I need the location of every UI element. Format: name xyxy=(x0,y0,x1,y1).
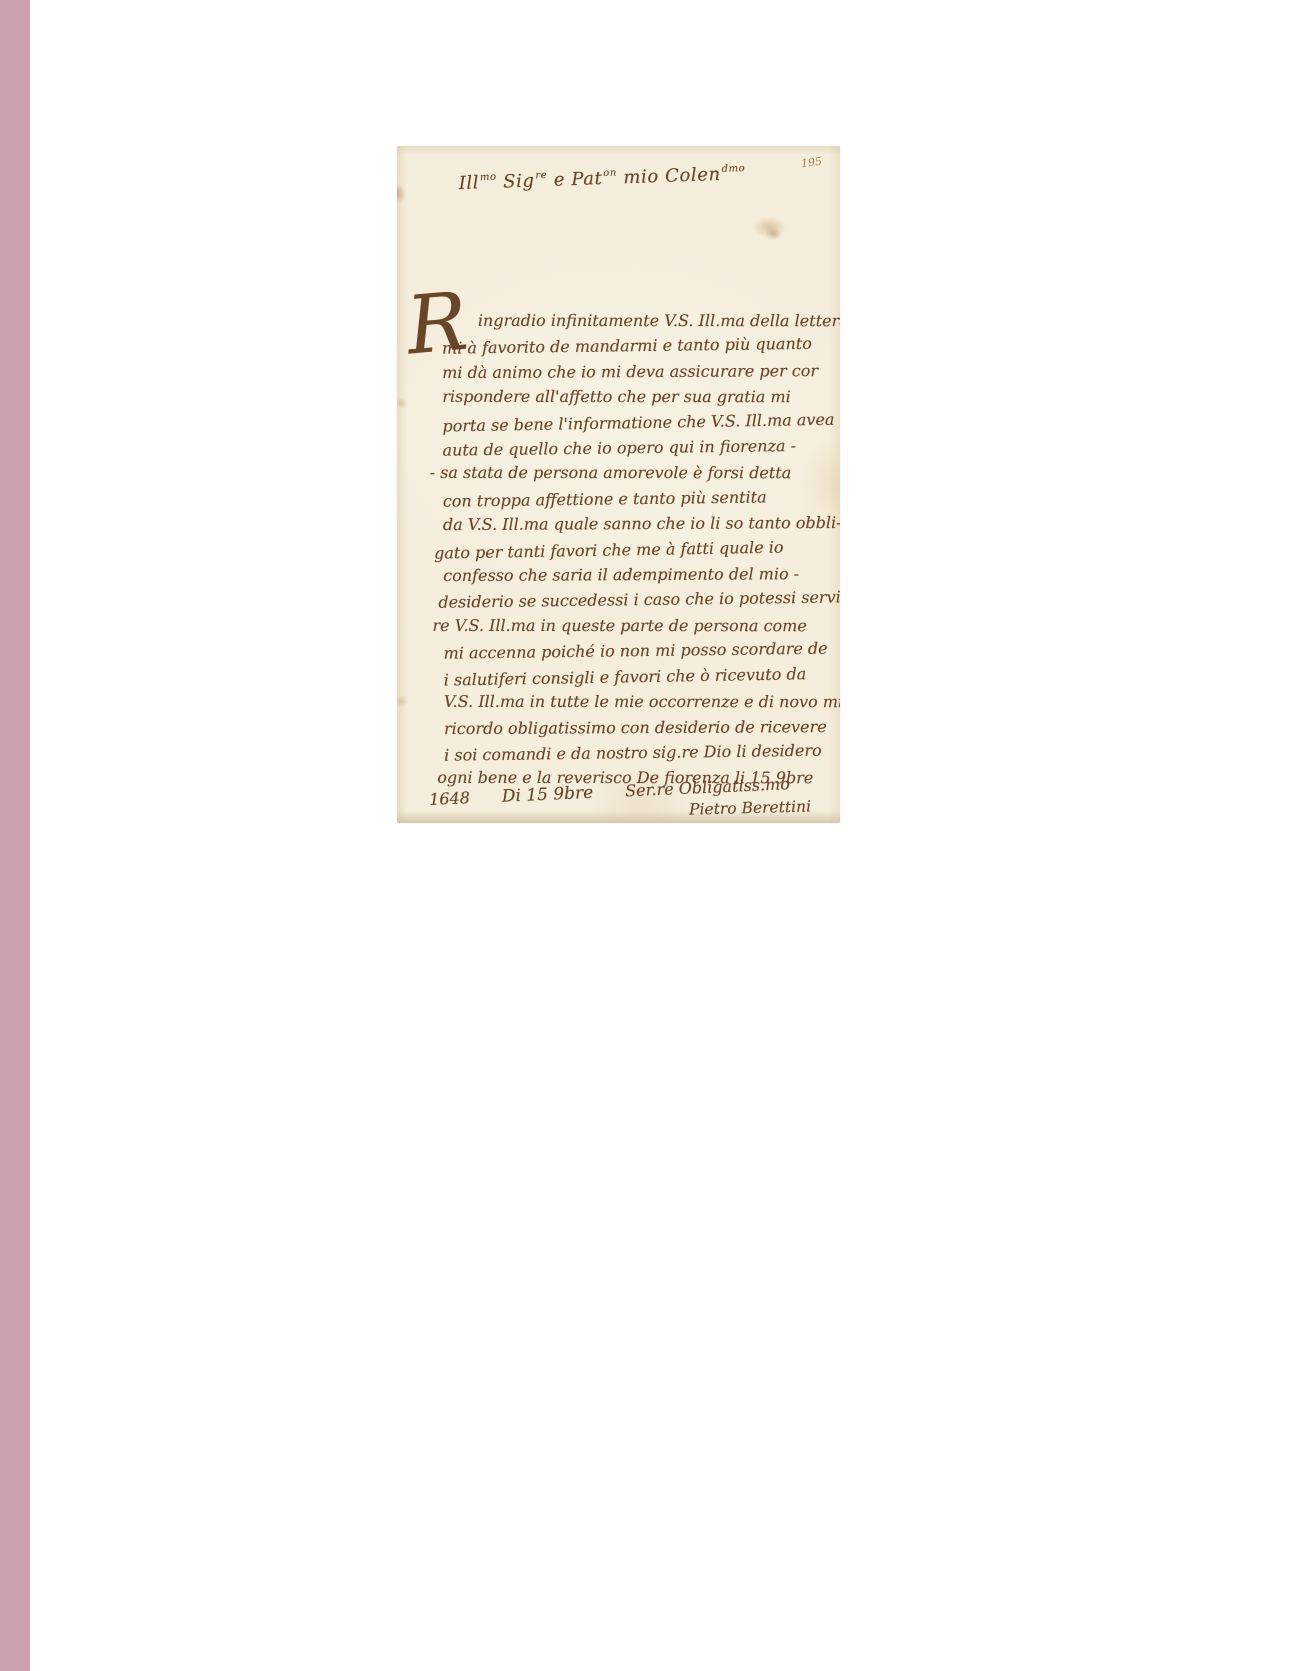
body-line: rispondere all'affetto che per sua grati… xyxy=(442,384,840,410)
heading-part: Illmo xyxy=(458,172,497,194)
heading-part: e Paton xyxy=(553,167,617,190)
body-line: ricordo obligatissimo con desiderio de r… xyxy=(444,713,840,741)
body-line: V.S. Ill.ma in tutte le mie occorrenze e… xyxy=(444,689,840,715)
signature: Pietro Berettini xyxy=(689,797,811,818)
body-line: mi à favorito de mandarmi e tanto più qu… xyxy=(442,331,840,362)
body-line: i soi comandi e da nostro sig.re Dio li … xyxy=(444,737,840,768)
heading-part: Sigre xyxy=(503,170,548,193)
body-line: - sa stata de persona amorevole è forsi … xyxy=(430,460,840,486)
heading-part: mio Colendmo xyxy=(623,163,746,188)
body-line: con troppa affettione e tanto più sentit… xyxy=(443,483,840,514)
page-background: 195 Illmo Sigre e Paton mio Colendmo R i… xyxy=(0,0,1301,1671)
letter-scan: 195 Illmo Sigre e Paton mio Colendmo R i… xyxy=(397,146,840,823)
letter-heading: Illmo Sigre e Paton mio Colendmo xyxy=(452,163,753,194)
closing-date: Di 15 9bre xyxy=(501,783,593,807)
body-line: auta de quello che io opero qui in fiore… xyxy=(442,432,840,463)
body-line: ingradio infinitamente V.S. Ill.ma della… xyxy=(442,308,840,334)
letter-body: ingradio infinitamente V.S. Ill.ma della… xyxy=(442,307,840,792)
closing-year: 1648 xyxy=(429,788,471,809)
left-accent-bar xyxy=(0,0,30,1671)
body-line: desiderio se succedessi i caso che io po… xyxy=(438,585,840,616)
body-line: re V.S. Ill.ma in queste parte de person… xyxy=(432,613,840,639)
page-number: 195 xyxy=(800,155,822,170)
body-line: mi dà animo che io mi deva assicurare pe… xyxy=(442,358,840,386)
